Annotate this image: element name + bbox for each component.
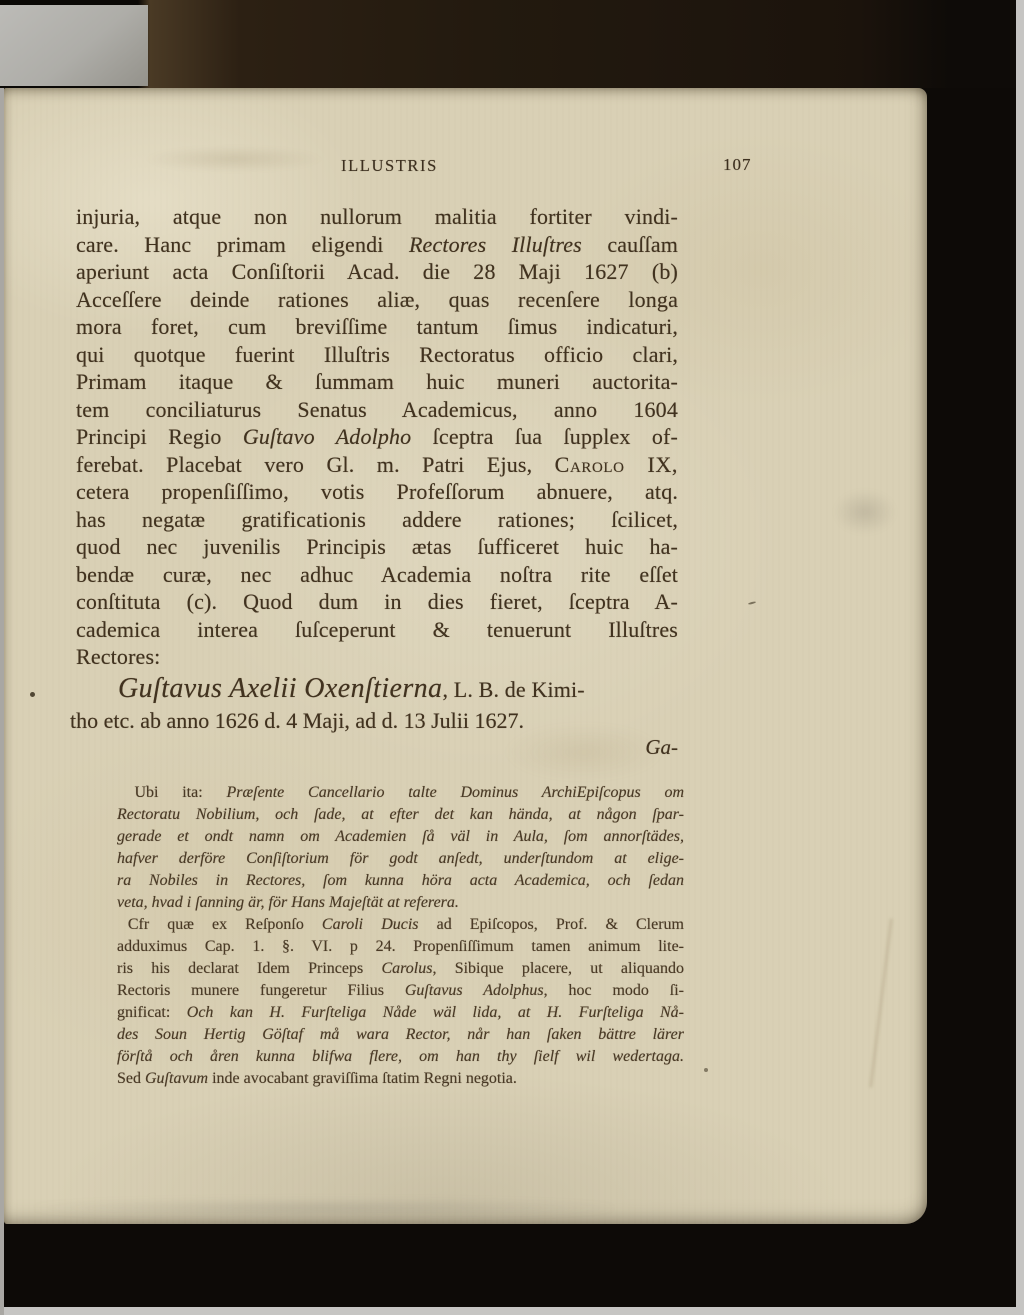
text-segment-italic: Guſtavum bbox=[145, 1070, 208, 1087]
main-line-4: Acceſſere deinde rationes aliæ, quas rec… bbox=[76, 286, 678, 314]
text-segment: Rectoris munere fungeretur Filius bbox=[117, 982, 405, 999]
footnote-b-line-4: hafver derföre Conſiſtorium för godt anſ… bbox=[117, 848, 684, 870]
text-segment: gnificat: bbox=[117, 1004, 187, 1021]
footnote-c-line-8: Sed Guſtavum inde avocabant graviſſima ſ… bbox=[117, 1068, 684, 1090]
main-line-13: quod nec juvenilis Principis ætas ſuffic… bbox=[76, 533, 678, 561]
paper-crease bbox=[870, 919, 893, 1088]
text-segment-italic: Caroli Ducis bbox=[322, 916, 419, 933]
main-line-3: aperiunt acta Conſiſtorii Acad. die 28 M… bbox=[76, 258, 678, 286]
text-segment-italic: Carolus bbox=[381, 960, 432, 977]
main-line-9: Principi Regio Guſtavo Adolpho ſceptra ſ… bbox=[76, 423, 678, 451]
main-line-11: cetera propenſiſſimo, votis Profeſſorum … bbox=[76, 478, 678, 506]
main-text-block: injuria, atque non nullorum malitia fort… bbox=[76, 203, 678, 761]
footnote-b-marker: (b) bbox=[117, 784, 134, 801]
footnote-b: (b) Ubi ita: Præſente Cancellario talte … bbox=[92, 782, 684, 914]
footnote-c-line-6: des Soun Hertig Göſtaf må wara Rector, n… bbox=[117, 1024, 684, 1046]
text-segment: ris his declarat Idem Princeps bbox=[117, 960, 381, 977]
text-segment: Sed bbox=[117, 1070, 145, 1087]
footnote-c-line-5: gnificat: Och kan H. Furſteliga Nåde wäl… bbox=[117, 1002, 684, 1024]
main-line-5: mora foret, cum breviſſime tantum ſimus … bbox=[76, 313, 678, 341]
page-number: 107 bbox=[723, 155, 752, 175]
rector-name: Guſtavus Axelii Oxenſtierna bbox=[118, 673, 442, 704]
text-segment: , hoc modo ſi- bbox=[544, 982, 684, 999]
paper-stain bbox=[144, 146, 324, 172]
text-segment: Principi Regio bbox=[76, 424, 243, 449]
text-segment-italic: Och kan H. Furſteliga Nåde wäl lida, at … bbox=[187, 1004, 684, 1021]
text-segment: , Sibique placere, ut aliquando bbox=[432, 960, 684, 977]
ink-speck bbox=[748, 601, 756, 605]
text-segment-italic: Rectores Illuſtres bbox=[409, 232, 582, 257]
text-segment-italic: Præſente Cancellario talte Dominus Archi… bbox=[226, 784, 684, 801]
main-line-7: Primam itaque & ſummam huic muneri aucto… bbox=[76, 368, 678, 396]
footnote-b-line-2: Rectoratu Nobilium, och ſade, at efter d… bbox=[117, 804, 684, 826]
ink-speck bbox=[30, 692, 35, 697]
main-line-2: care. Hanc primam eligendi Rectores Illu… bbox=[76, 231, 678, 259]
footnote-c-line-4: Rectoris munere fungeretur Filius Guſtav… bbox=[117, 980, 684, 1002]
footnote-c-line-3: ris his declarat Idem Princeps Carolus, … bbox=[117, 958, 684, 980]
scanned-book-image: ILLUSTRIS 107 injuria, atque non nulloru… bbox=[0, 0, 1024, 1315]
rector-name-line: Guſtavus Axelii Oxenſtierna, L. B. de Ki… bbox=[76, 671, 678, 707]
footnote-b-line-5: ra Nobiles in Rectores, ſom kunna höra a… bbox=[117, 870, 684, 892]
text-segment: ferebat. Placebat vero Gl. m. Patri Ejus… bbox=[76, 452, 555, 477]
footnote-c: (c) Cfr quæ ex Reſponſo Caroli Ducis ad … bbox=[92, 914, 684, 1090]
rector-title: , L. B. de Kimi- bbox=[442, 677, 584, 702]
text-segment: Cfr quæ ex Reſponſo bbox=[128, 916, 322, 933]
book-page: ILLUSTRIS 107 injuria, atque non nulloru… bbox=[4, 88, 927, 1224]
rectores-label: Rectores: bbox=[76, 643, 678, 671]
footnote-b-line-1: (b) Ubi ita: Præſente Cancellario talte … bbox=[117, 782, 684, 804]
text-segment-italic: Guſtavus Adolphus bbox=[405, 982, 544, 999]
rector-dates-line: tho etc. ab anno 1626 d. 4 Maji, ad d. 1… bbox=[70, 707, 678, 734]
text-segment: ad Epiſcopos, Prof. & Clerum bbox=[419, 916, 684, 933]
footnote-c-marker: (c) bbox=[117, 916, 128, 933]
scanner-bed-top bbox=[0, 0, 1016, 88]
scanner-edge-right bbox=[1016, 0, 1024, 1315]
footnote-b-line-6: veta, hvad i ſanning är, för Hans Majeſt… bbox=[117, 892, 684, 914]
text-segment: inde avocabant graviſſima ſtatim Regni n… bbox=[208, 1070, 517, 1087]
ink-speck bbox=[704, 1068, 708, 1072]
text-segment: care. Hanc primam eligendi bbox=[76, 232, 409, 257]
catchword: Ga- bbox=[76, 734, 678, 761]
main-line-1: injuria, atque non nullorum malitia fort… bbox=[76, 203, 678, 231]
text-segment: cauſſam bbox=[582, 232, 678, 257]
running-title: ILLUSTRIS bbox=[341, 156, 438, 176]
text-segment-smallcaps: Carolo IX, bbox=[555, 452, 678, 477]
footnote-c-line-7: förſtå och åren kunna blifwa flere, om h… bbox=[117, 1046, 684, 1068]
footnote-c-line-1: (c) Cfr quæ ex Reſponſo Caroli Ducis ad … bbox=[117, 914, 684, 936]
text-segment-italic: Guſtavo Adolpho bbox=[243, 424, 411, 449]
main-line-12: has negatæ gratificationis addere ration… bbox=[76, 506, 678, 534]
text-segment: Ubi ita: bbox=[134, 784, 226, 801]
footnotes: (b) Ubi ita: Præſente Cancellario talte … bbox=[92, 782, 684, 1090]
main-line-10: ferebat. Placebat vero Gl. m. Patri Ejus… bbox=[76, 451, 678, 479]
main-line-8: tem conciliaturus Senatus Academicus, an… bbox=[76, 396, 678, 424]
paper-stain bbox=[834, 490, 896, 534]
main-line-6: qui quotque fuerint Illuſtris Rectoratus… bbox=[76, 341, 678, 369]
scanner-bed-gray-patch bbox=[0, 5, 148, 86]
main-line-15: conſtituta (c). Quod dum in dies fieret,… bbox=[76, 588, 678, 616]
main-line-16: cademica interea ſuſceperunt & tenuerunt… bbox=[76, 616, 678, 644]
scanner-edge-bottom bbox=[0, 1307, 1016, 1315]
text-segment: ſceptra ſua ſupplex of- bbox=[411, 424, 678, 449]
footnote-b-line-3: gerade et ondt namn om Academien ſå väl … bbox=[117, 826, 684, 848]
scan-shadow-smudge bbox=[34, 1200, 614, 1216]
footnote-c-line-2: adduximus Cap. 1. §. VI. p 24. Propenſiſ… bbox=[117, 936, 684, 958]
main-line-14: bendæ curæ, nec adhuc Academia noſtra ri… bbox=[76, 561, 678, 589]
